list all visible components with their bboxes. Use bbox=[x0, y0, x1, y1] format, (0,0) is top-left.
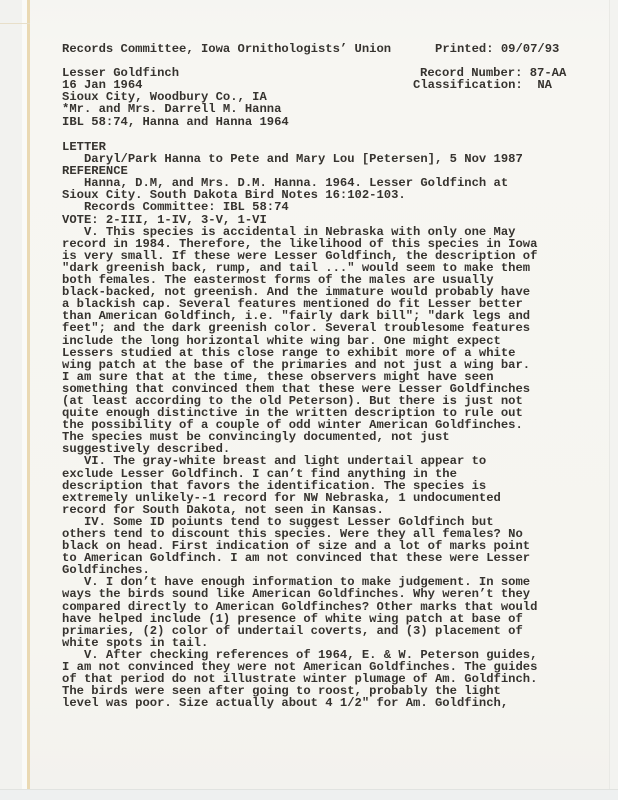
scan-left-margin bbox=[0, 0, 22, 800]
header-line: IBL 58:74, Hanna and Hanna 1964 bbox=[62, 116, 391, 128]
document-line: extremely unlikely--1 record for NW Nebr… bbox=[62, 492, 537, 504]
paper-left-edge-line bbox=[27, 0, 30, 800]
document-body: LETTER Daryl/Park Hanna to Pete and Mary… bbox=[62, 141, 537, 709]
scan-bottom-edge bbox=[0, 789, 618, 800]
document-line: wing patch at the base of the primaries … bbox=[62, 359, 537, 371]
classification: Classification: NA bbox=[413, 79, 552, 91]
document-line: Daryl/Park Hanna to Pete and Mary Lou [P… bbox=[62, 153, 537, 165]
paper-right-edge-line bbox=[609, 0, 610, 800]
document-line: exclude Lesser Goldfinch. I can’t find a… bbox=[62, 468, 537, 480]
document-line: compared directly to American Goldfinche… bbox=[62, 601, 537, 613]
document-line: description that favors the identificati… bbox=[62, 480, 537, 492]
printed-date: Printed: 09/07/93 bbox=[435, 43, 559, 55]
header-line: *Mr. and Mrs. Darrell M. Hanna bbox=[62, 103, 391, 115]
header-line: Records Committee, Iowa Ornithologists’ … bbox=[62, 43, 391, 55]
document-line: VOTE: 2-III, 1-IV, 3-V, 1-VI bbox=[62, 214, 537, 226]
document-line: Lessers studied at this close range to e… bbox=[62, 347, 537, 359]
document-line: ways the birds sound like American Goldf… bbox=[62, 588, 537, 600]
document-line: include the long horizontal white wing b… bbox=[62, 335, 537, 347]
document-line: have helped include (1) presence of whit… bbox=[62, 613, 537, 625]
document-line: level was poor. Size actually about 4 1/… bbox=[62, 697, 537, 709]
document-line: Records Committee: IBL 58:74 bbox=[62, 201, 537, 213]
document-header: Records Committee, Iowa Ornithologists’ … bbox=[62, 43, 391, 128]
document-line: V. This species is accidental in Nebrask… bbox=[62, 226, 537, 238]
scanned-document-page: Records Committee, Iowa Ornithologists’ … bbox=[0, 0, 618, 800]
document-line: VI. The gray-white breast and light unde… bbox=[62, 455, 537, 467]
scan-right-margin bbox=[610, 0, 618, 800]
scan-top-left-crease bbox=[0, 23, 30, 24]
document-line: feet"; and the dark greenish color. Seve… bbox=[62, 322, 537, 334]
